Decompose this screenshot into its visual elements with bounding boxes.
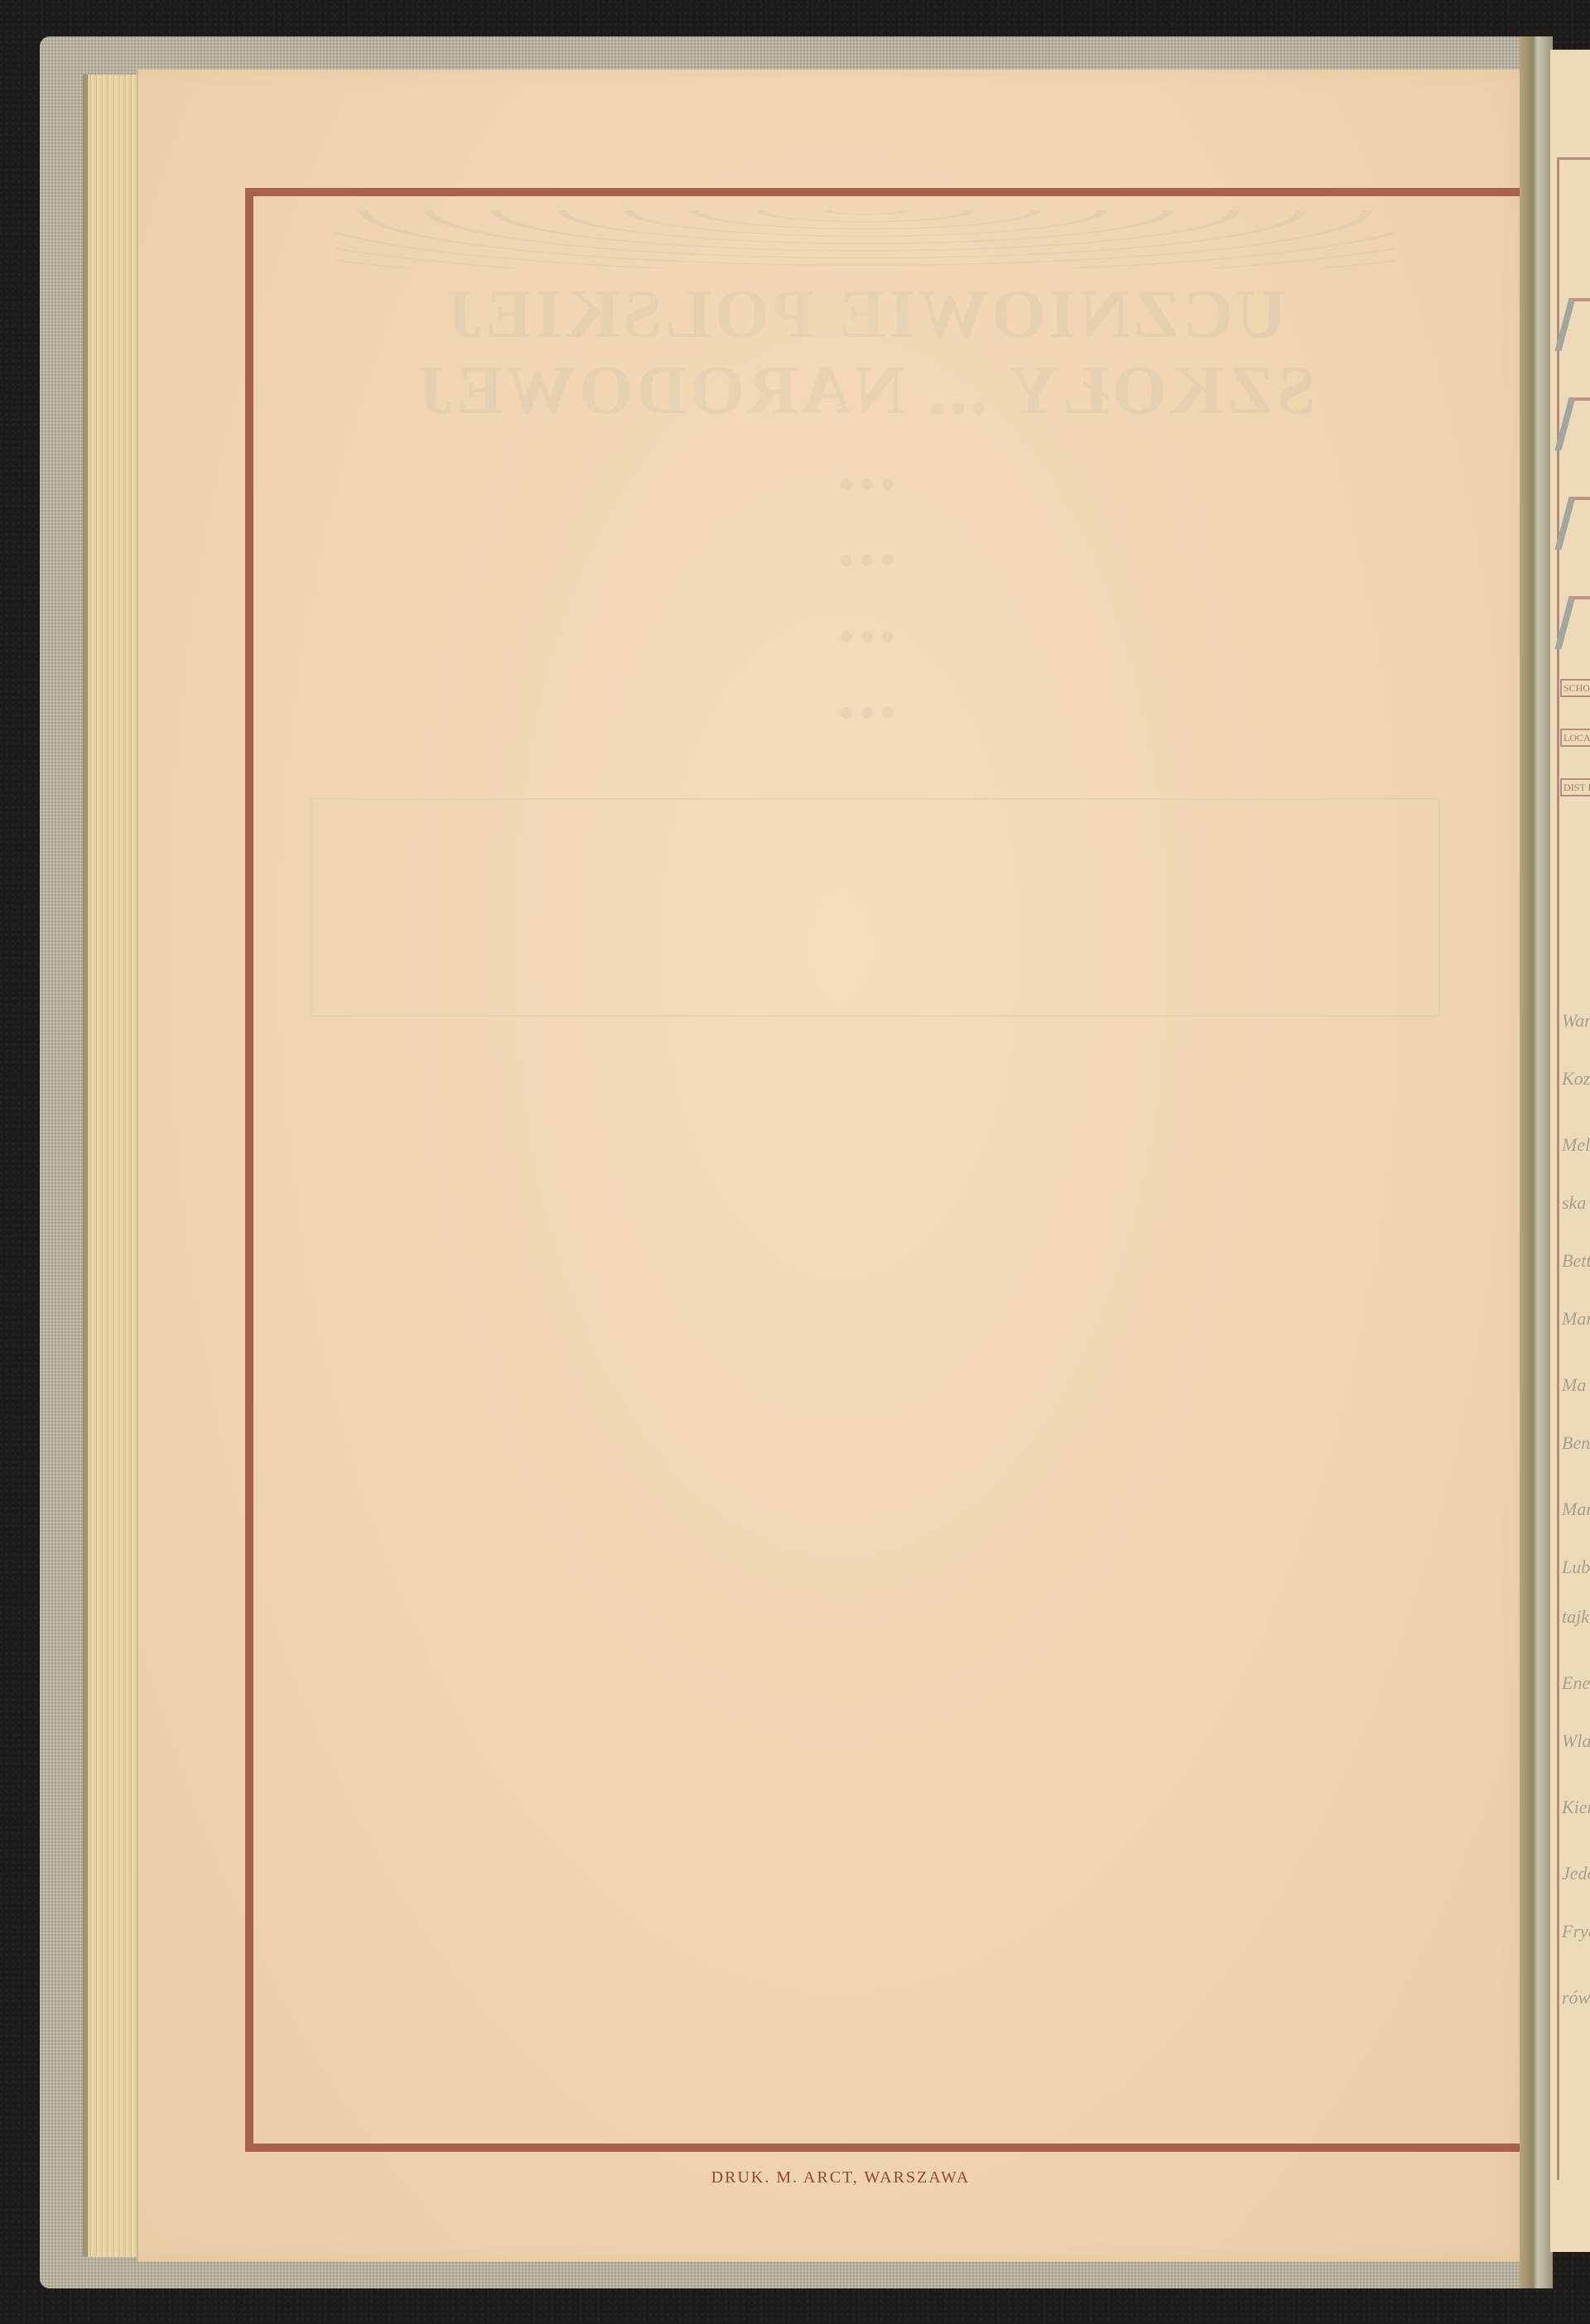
facing-page-edge: SCHO SZKO LOCA MIEJ DIST POW Wan Kozl Me… (1550, 50, 1590, 2252)
printer-imprint: DRUK. M. ARCT, WARSZAWA (137, 2168, 1544, 2187)
facing-handwriting: ska (1562, 1192, 1586, 1214)
facing-handwriting: Mela (1562, 1134, 1590, 1156)
facing-handwriting: Betty (1562, 1250, 1590, 1272)
facing-handwriting: Wla (1562, 1730, 1590, 1752)
facing-handwriting: Benta (1562, 1432, 1590, 1454)
facing-handwriting: Lubryk (1562, 1557, 1590, 1578)
facing-handwriting: tajk (1562, 1606, 1589, 1628)
facing-handwriting: Ma (1562, 1374, 1586, 1396)
decorative-frame (245, 188, 1567, 2152)
facing-label: DIST POW (1560, 778, 1590, 796)
facing-handwriting: Fryd (1562, 1921, 1590, 1942)
facing-handwriting: Kozl (1562, 1068, 1590, 1090)
book-page: UCZNIOWIE POLSKIEJ SZKOŁY ... NARODOWEJ … (137, 70, 1544, 2262)
facing-handwriting: Enes (1562, 1672, 1590, 1694)
book-gutter (1520, 36, 1553, 2288)
facing-handwriting: Marie (1562, 1499, 1590, 1520)
facing-handwriting: Wan (1562, 1010, 1590, 1032)
facing-handwriting: Jedo (1562, 1863, 1590, 1884)
page-edge-line (137, 70, 138, 2262)
facing-label: LOCA MIEJ (1560, 729, 1590, 747)
facing-handwriting: Kiersz (1562, 1797, 1590, 1818)
facing-handwriting: Marta (1562, 1308, 1590, 1330)
facing-label: SCHO SZKO (1560, 679, 1590, 697)
facing-handwriting: rówm (1562, 1987, 1590, 2009)
